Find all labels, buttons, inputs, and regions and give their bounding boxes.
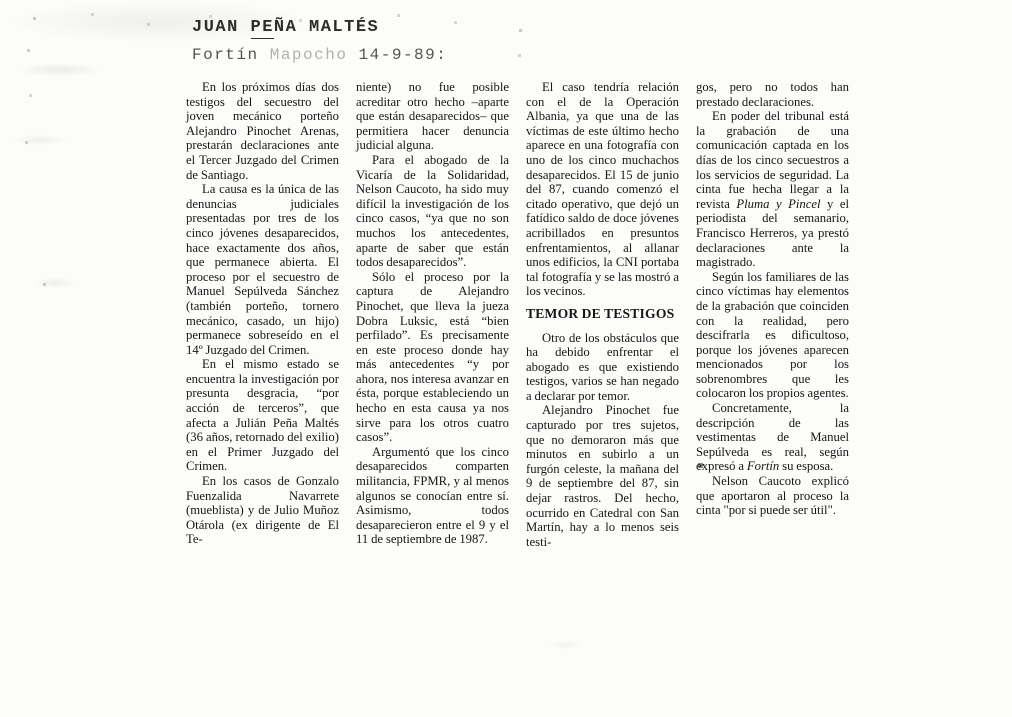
text-run: niente) no fue posible acreditar otro he… [356,80,509,152]
text-run: En poder del tribunal está la grabación … [696,109,849,211]
text-run: El caso tendría relación con el de la Op… [526,80,679,298]
subject-name-part: JUAN [192,18,251,37]
article-column-4: gos, pero no todos han prestado declarac… [696,80,849,549]
text-run: Sólo el proceso por la captura de Alejan… [356,270,509,445]
text-run: TEMOR DE TESTIGOS [526,306,674,321]
text-run: Nelson Caucoto explicó que aportaron al … [696,474,849,517]
article-paragraph: En poder del tribunal está la grabación … [696,109,849,270]
article-column-2: niente) no fue posible acreditar otro he… [356,80,509,549]
article-paragraph: En los casos de Gonzalo Fuenzalida Navar… [186,474,339,547]
article-paragraph: Sólo el proceso por la captura de Alejan… [356,270,509,445]
subject-name-part: ÑA MALTÉS [274,18,379,37]
article-paragraph: Alejandro Pinochet fue capturado por tre… [526,403,679,549]
article-paragraph: Concretamente, la descripción de las ves… [696,401,849,474]
article-paragraph: En los próximos días dos testigos del se… [186,80,339,182]
article-paragraph: El caso tendría relación con el de la Op… [526,80,679,299]
scanned-newspaper-page: JUAN PEÑA MALTÉS Fortín Mapocho 14-9-89:… [0,0,1012,717]
subject-name-title: JUAN PEÑA MALTÉS [192,18,447,37]
article-paragraph: La causa es la única de las denuncias ju… [186,182,339,357]
text-run: Otro de los obstáculos que ha debido enf… [526,331,679,403]
subject-name-underlined-part: PE [251,18,274,39]
source-date-part: 14-9-89: [347,46,447,64]
article-column-1: En los próximos días dos testigos del se… [186,80,339,549]
text-run: Argumentó que los cinco desaparecidos co… [356,445,509,547]
text-run: En los próximos días dos testigos del se… [186,80,339,182]
text-run: Pluma y Pincel [736,197,820,211]
text-run: En los casos de Gonzalo Fuenzalida Navar… [186,474,339,546]
text-run: Según los familiares de las cinco víctim… [696,270,849,401]
text-run: Fortín [747,459,779,473]
typewritten-header: JUAN PEÑA MALTÉS Fortín Mapocho 14-9-89: [192,18,447,64]
article-paragraph: Según los familiares de las cinco víctim… [696,270,849,401]
text-run: gos, pero no todos han prestado declarac… [696,80,849,109]
text-run: Alejandro Pinochet fue capturado por tre… [526,403,679,548]
source-dateline: Fortín Mapocho 14-9-89: [192,46,447,64]
text-run: En el mismo estado se encuentra la inves… [186,357,339,473]
article-column-3: El caso tendría relación con el de la Op… [526,80,679,549]
section-heading: TEMOR DE TESTIGOS [526,307,679,322]
article-paragraph: Para el abogado de la Vicaría de la Soli… [356,153,509,270]
scan-noise-speckles [0,0,1,1]
article-body: En los próximos días dos testigos del se… [186,80,849,549]
article-paragraph: gos, pero no todos han prestado declarac… [696,80,849,109]
text-run: su esposa. [779,459,833,473]
article-paragraph: Nelson Caucoto explicó que aportaron al … [696,474,849,518]
article-paragraph: niente) no fue posible acreditar otro he… [356,80,509,153]
article-paragraph: Otro de los obstáculos que ha debido enf… [526,331,679,404]
text-run: Para el abogado de la Vicaría de la Soli… [356,153,509,269]
article-paragraph: En el mismo estado se encuentra la inves… [186,357,339,474]
text-run: La causa es la única de las denuncias ju… [186,182,339,357]
source-name-part: Fortín [192,46,270,64]
article-paragraph: Argumentó que los cinco desaparecidos co… [356,445,509,547]
source-name-faded-part: Mapocho [270,46,348,64]
